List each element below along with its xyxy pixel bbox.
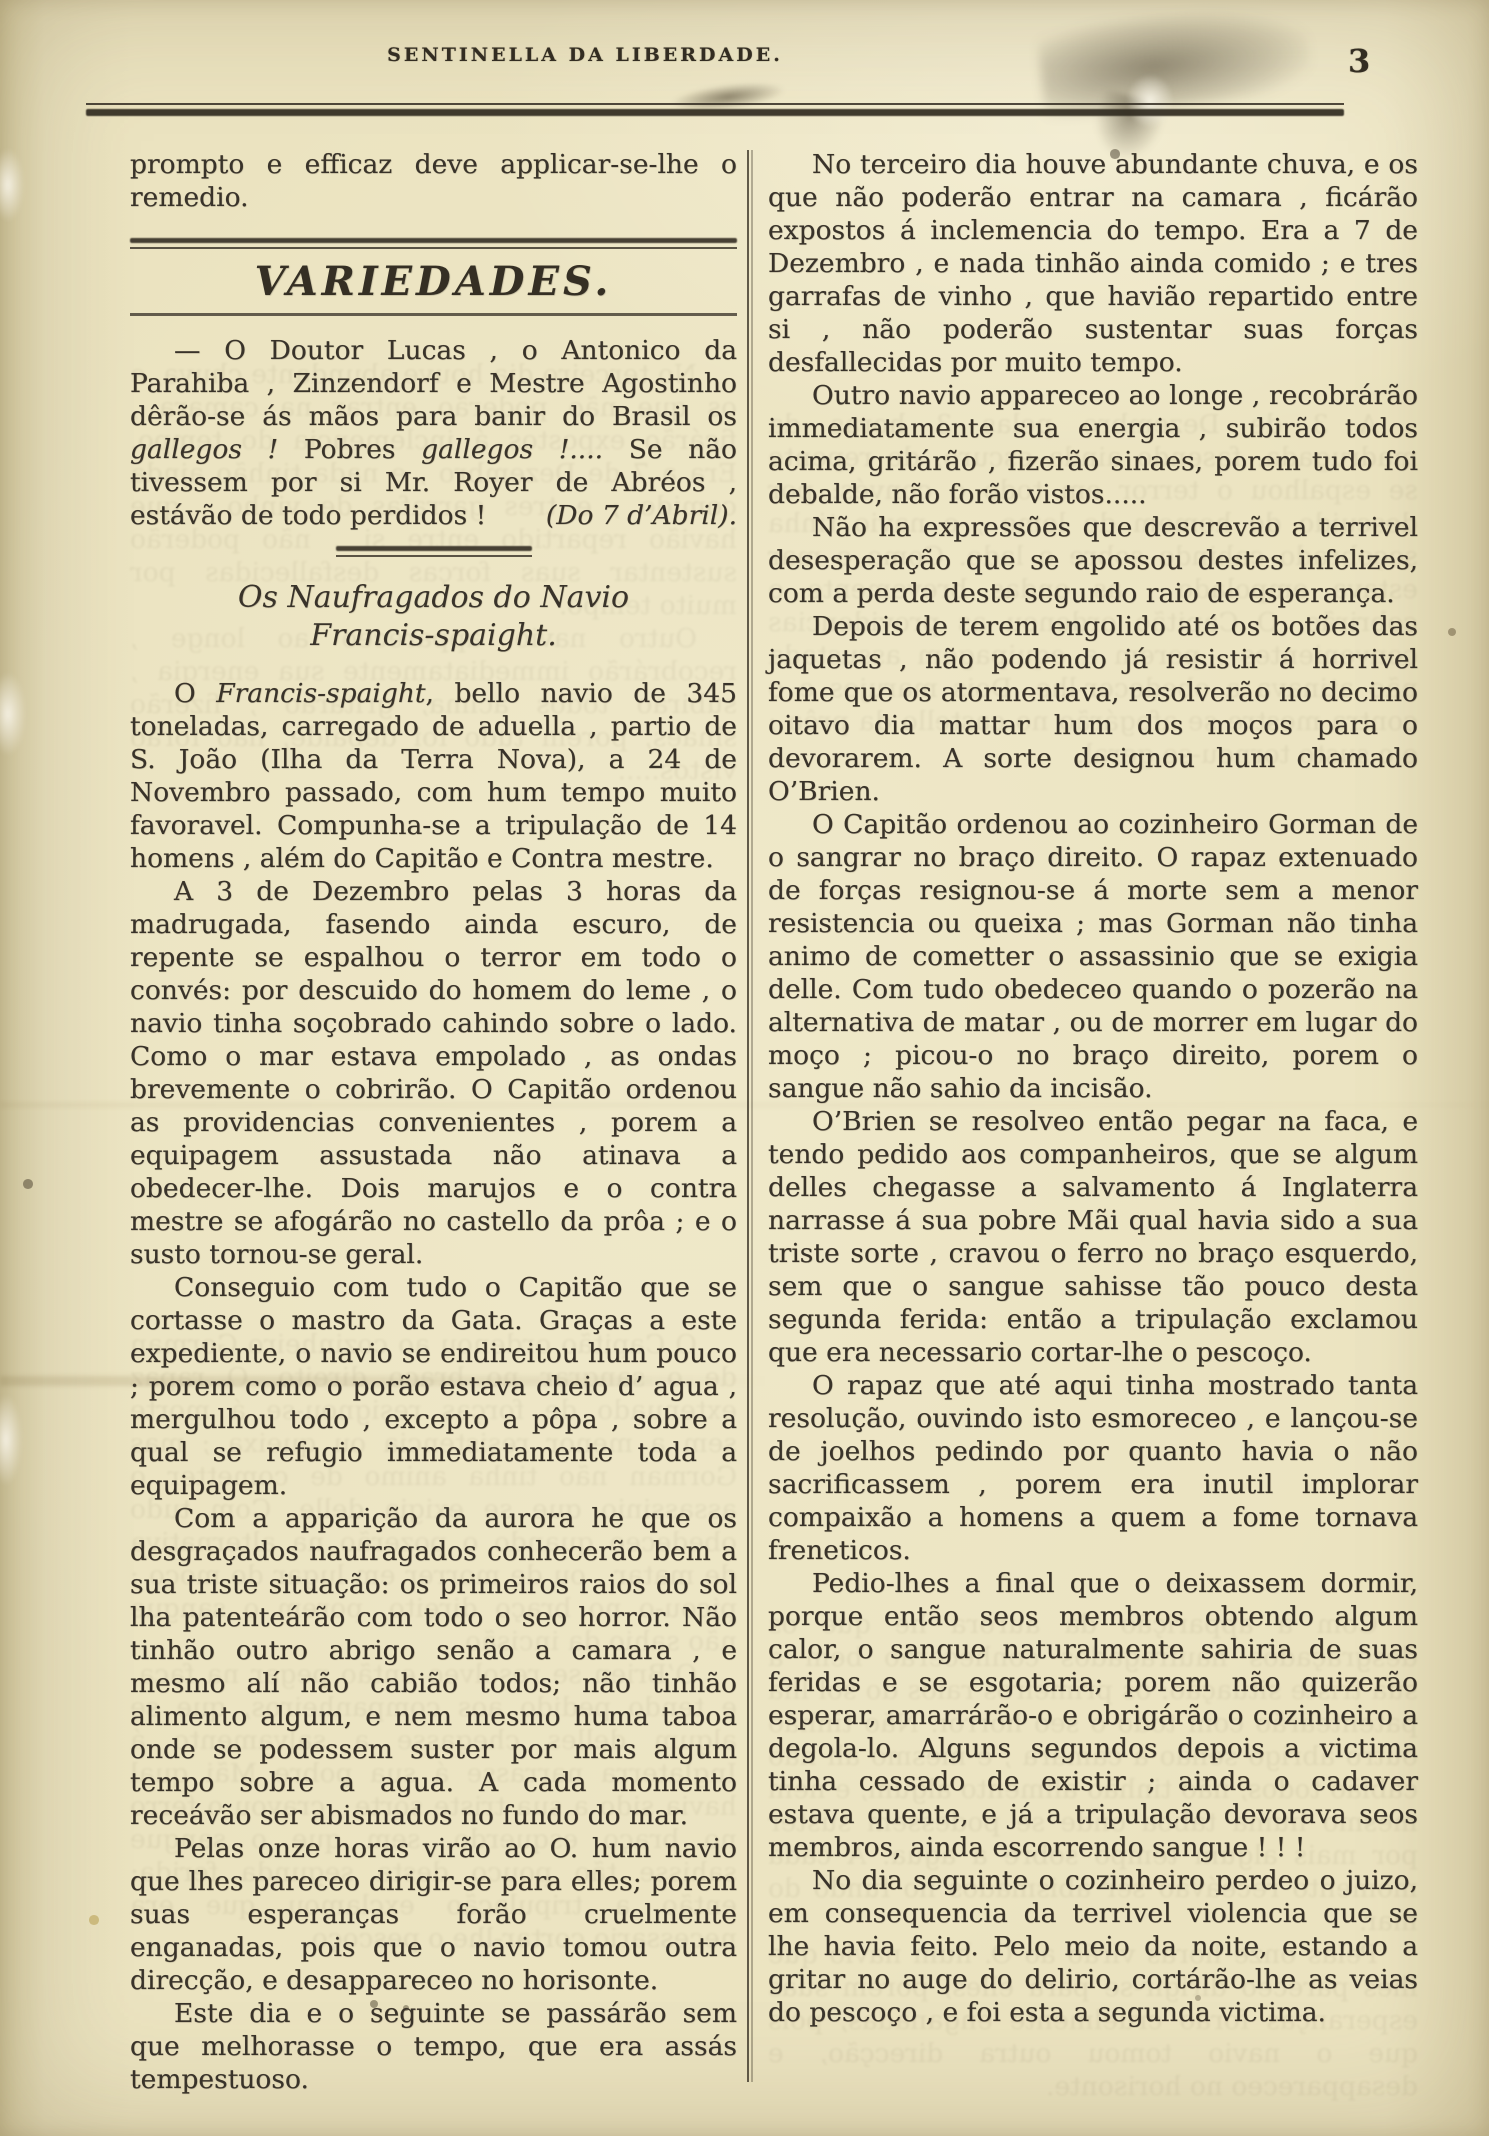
article-paragraph: Pelas onze horas virão ao O. hum navio q…: [130, 1832, 737, 1997]
ink-speck: [0, 0, 4, 4]
news-italic: gallegos !: [130, 434, 278, 465]
article-paragraph: Não ha expressões que descrevão a terriv…: [768, 511, 1418, 610]
continuation-paragraph: prompto e efficaz deve applicar-se-lhe o…: [130, 148, 737, 214]
page-number: 3: [1348, 42, 1370, 80]
article-paragraph: O rapaz que até aqui tinha mostrado tant…: [768, 1369, 1418, 1567]
ship-name-italic: Francis-spaight: [216, 678, 425, 709]
article-paragraph: Pedio-lhes a final que o deixassem dormi…: [768, 1567, 1418, 1864]
section-rule-thick: [130, 238, 737, 243]
varieties-heading: VARIEDADES.: [130, 259, 737, 305]
article-paragraph: No terceiro dia houve abundante chuva, e…: [768, 148, 1418, 379]
right-column: A 3 de Dezembro pelas 3 horas da madruga…: [768, 148, 1418, 2029]
left-column: No terceiro dia houve abundante chuva, e…: [130, 148, 737, 2096]
article-paragraph: Depois de terem engolido até os botões d…: [768, 610, 1418, 808]
paper-chip: [0, 672, 26, 756]
article-heading: Os Naufragados do Navio Francis-spaight.: [174, 579, 694, 655]
head-rule-thick: [86, 109, 1344, 116]
paper-tear: [1126, 74, 1174, 128]
article-divider-rule: [336, 546, 532, 557]
paper-chip: [0, 148, 24, 222]
article-paragraph: No dia seguinte o cozinheiro perdeo o ju…: [768, 1864, 1418, 2029]
article-divider-thick: [336, 546, 532, 551]
article-text: O: [174, 678, 216, 709]
news-text: — O Doutor Lucas , o Antonico da Parahib…: [130, 335, 737, 432]
news-item-paragraph: — O Doutor Lucas , o Antonico da Parahib…: [130, 334, 737, 532]
newspaper-page-scan: SENTINELLA DA LIBERDADE. 3 No terceiro d…: [0, 0, 1489, 2136]
article-paragraph: Com a apparição da aurora he que os desg…: [130, 1502, 737, 1832]
head-rule: [86, 103, 1344, 116]
head-rule-thin: [86, 103, 1344, 105]
article-paragraph: Outro navio appareceo ao longe , recobrá…: [768, 379, 1418, 511]
article-paragraph: A 3 de Dezembro pelas 3 horas da madruga…: [130, 875, 737, 1271]
masthead: SENTINELLA DA LIBERDADE.: [0, 44, 1170, 66]
paper-chip: [0, 1394, 22, 1486]
section-rule: [130, 238, 737, 249]
article-paragraph: O Francis-spaight, bello navio de 345 to…: [130, 677, 737, 875]
article-paragraph: O’Brien se resolveo então pegar na faca,…: [768, 1105, 1418, 1369]
article-paragraph: O Capitão ordenou ao cozinheiro Gorman d…: [768, 808, 1418, 1105]
news-text: Pobres: [278, 434, 421, 465]
article-divider-thin: [336, 555, 532, 557]
article-paragraph: Conseguio com tudo o Capitão que se cort…: [130, 1271, 737, 1502]
column-divider: [747, 150, 753, 2082]
section-rule-thin: [130, 247, 737, 249]
article-paragraph: Este dia e o seguinte se passárão sem qu…: [130, 1997, 737, 2096]
varieties-rule: [130, 313, 737, 316]
news-italic: gallegos !....: [421, 434, 603, 465]
news-attribution: (Do 7 d’Abril).: [502, 499, 737, 532]
